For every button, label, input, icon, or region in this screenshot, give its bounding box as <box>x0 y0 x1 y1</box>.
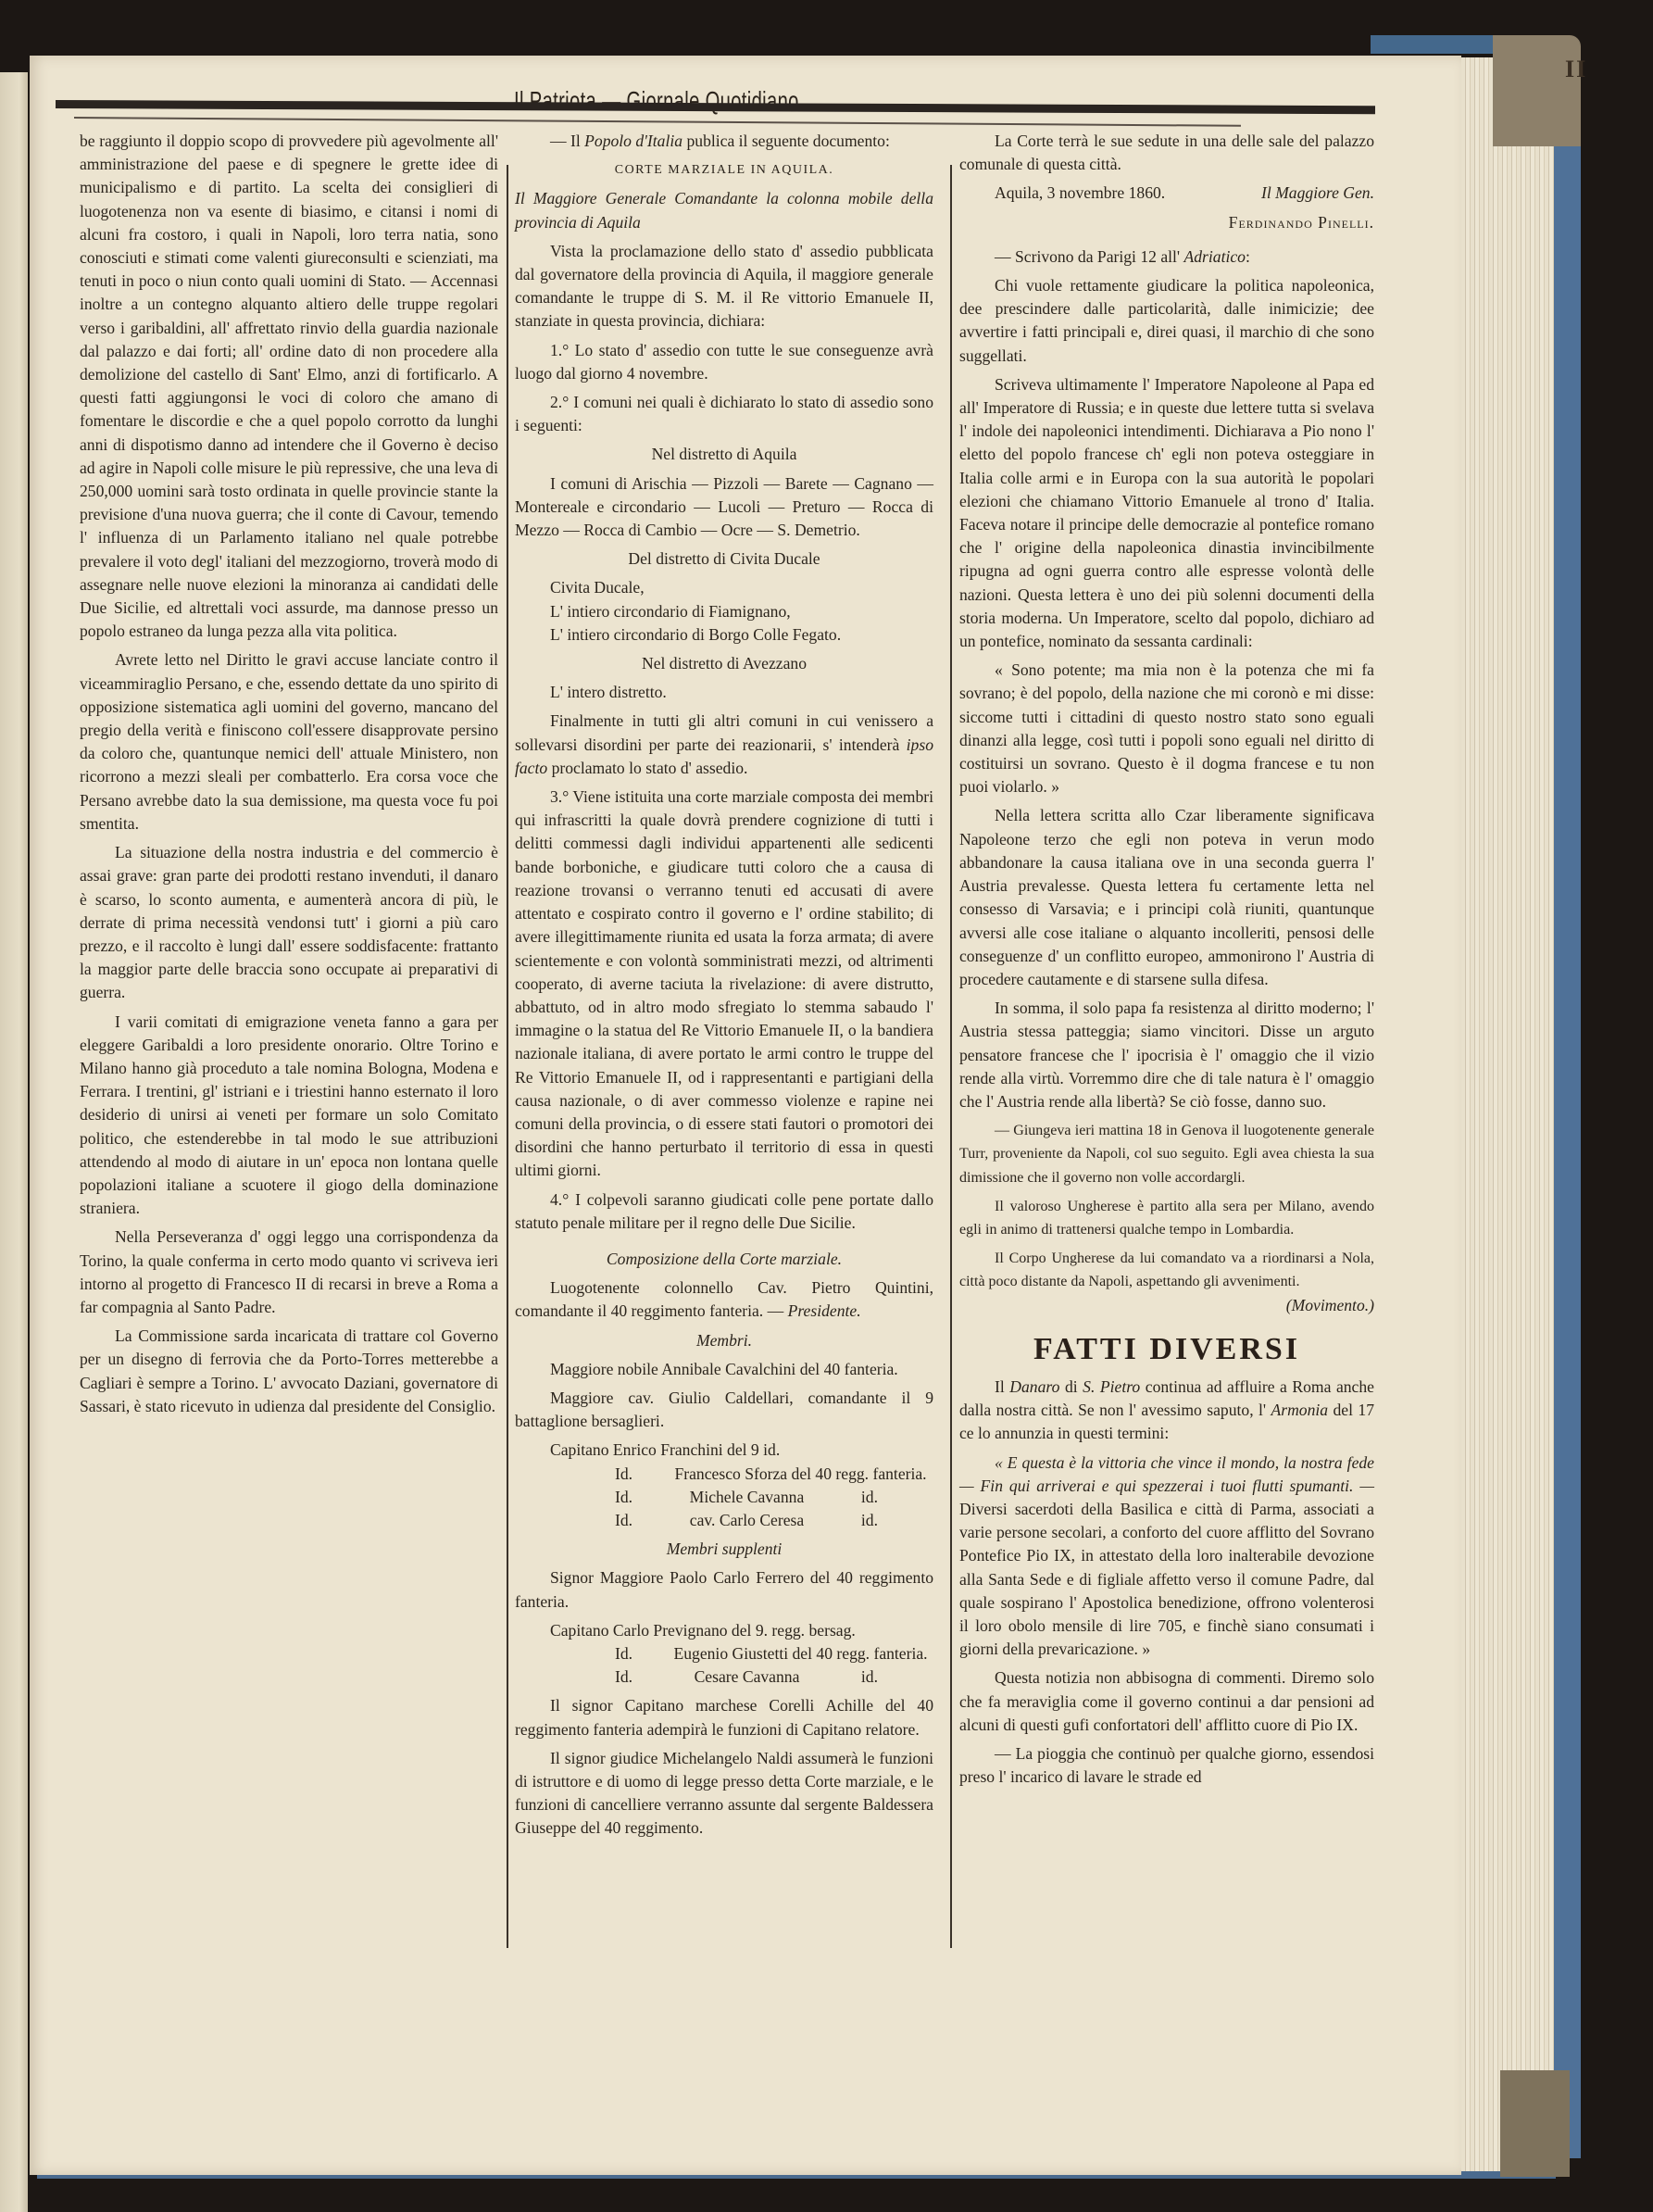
column-2: — Il Popolo d'Italia publica il seguente… <box>515 130 933 1846</box>
article-paragraph: I varii comitati di emigrazione veneta f… <box>80 1011 498 1221</box>
giudice-paragraph: Il signor giudice Michelangelo Naldi ass… <box>515 1747 933 1841</box>
member-line: Capitano Enrico Franchini del 9 id. <box>515 1439 933 1462</box>
id-row: Id.cav. Carlo Ceresaid. <box>515 1509 933 1532</box>
page-stack-edges <box>1461 57 1554 2171</box>
composition-title: Composizione della Corte marziale. <box>515 1248 933 1271</box>
member-line: Maggiore cav. Giulio Caldellari, comanda… <box>515 1387 933 1433</box>
article-3: 3.° Viene istituita una corte marziale c… <box>515 786 933 1182</box>
article-paragraph: La Commissione sarda incaricata di tratt… <box>80 1325 498 1418</box>
document-intro: — Il Popolo d'Italia publica il seguente… <box>515 130 933 153</box>
supplente-line: Capitano Carlo Prevignano del 9. regg. b… <box>515 1619 933 1642</box>
article-paragraph: La situazione della nostra industria e d… <box>80 841 498 1004</box>
book-cover-right <box>1551 56 1581 2158</box>
supplente-line: Signor Maggiore Paolo Carlo Ferrero del … <box>515 1566 933 1613</box>
supplenti-title: Membri supplenti <box>515 1538 933 1561</box>
commento-paragraph: Questa notizia non abbisogna di commenti… <box>959 1666 1374 1737</box>
document-vista: Vista la proclamazione dello stato d' as… <box>515 240 933 333</box>
member-line: Maggiore nobile Annibale Cavalchini del … <box>515 1358 933 1381</box>
article-paragraph: Nella Perseveranza d' oggi leggo una cor… <box>80 1225 498 1319</box>
column-1: be raggiunto il doppio scopo di provvede… <box>80 130 498 1424</box>
district-title: Nel distretto di Aquila <box>515 443 933 466</box>
id-row: Id.Cesare Cavannaid. <box>515 1665 933 1689</box>
source-attribution: (Movimento.) <box>959 1294 1374 1317</box>
article-paragraph: Nella lettera scritta allo Czar liberame… <box>959 804 1374 991</box>
news-item: Il Corpo Ungherese da lui comandato va a… <box>959 1247 1374 1293</box>
members-title: Membri. <box>515 1329 933 1352</box>
district-text: L' intero distretto. <box>515 681 933 704</box>
quote-paragraph: « Sono potente; ma mia non è la potenza … <box>959 659 1374 798</box>
news-item: — Giungeva ieri mattina 18 in Genova il … <box>959 1119 1374 1189</box>
district-line: Civita Ducale, <box>515 576 933 599</box>
spine-label: II <box>1565 56 1587 83</box>
column-divider <box>507 165 508 1948</box>
danaro-paragraph: Il Danaro di S. Pietro continua ad afflu… <box>959 1376 1374 1446</box>
pioggia-paragraph: — La pioggia che continuò per qualche gi… <box>959 1742 1374 1789</box>
article-2: 2.° I comuni nei quali è dichiarato lo s… <box>515 391 933 437</box>
parigi-intro: — Scrivono da Parigi 12 all' Adriatico: <box>959 245 1374 269</box>
section-title-fatti-diversi: FATTI DIVERSI <box>959 1338 1374 1361</box>
district-title: Nel distretto di Avezzano <box>515 652 933 675</box>
article-paragraph: Chi vuole rettamente giudicare la politi… <box>959 274 1374 368</box>
finalmente-paragraph: Finalmente in tutti gli altri comuni in … <box>515 710 933 780</box>
news-item: Il valoroso Ungherese è partito alla ser… <box>959 1195 1374 1241</box>
leather-corner-bottom <box>1500 2070 1570 2177</box>
district-title: Del distretto di Civita Ducale <box>515 547 933 571</box>
document-heading: Il Maggiore Generale Comandante la colon… <box>515 187 933 233</box>
column-divider <box>950 165 952 1948</box>
id-row: Id.Eugenio Giustetti del 40 regg. fanter… <box>515 1642 933 1665</box>
article-paragraph: Scriveva ultimamente l' Imperatore Napol… <box>959 373 1374 653</box>
id-row: Id.Michele Cavannaid. <box>515 1486 933 1509</box>
document-title: CORTE MARZIALE IN AQUILA. <box>515 158 933 182</box>
dateline: Aquila, 3 novembre 1860.Il Maggiore Gen. <box>959 182 1374 205</box>
leather-corner-top <box>1493 35 1581 146</box>
id-row: Id.Francesco Sforza del 40 regg. fanteri… <box>515 1463 933 1486</box>
article-paragraph-persano: Avrete letto nel Diritto le gravi accuse… <box>80 648 498 836</box>
district-line: L' intiero circondario di Borgo Colle Fe… <box>515 623 933 647</box>
book-cover-top <box>1371 35 1509 54</box>
article-paragraph: In somma, il solo papa fa resistenza al … <box>959 997 1374 1113</box>
article-1: 1.° Lo stato d' assedio con tutte le sue… <box>515 339 933 385</box>
district-text: I comuni di Arischia — Pizzoli — Barete … <box>515 472 933 543</box>
article-paragraph: be raggiunto il doppio scopo di provvede… <box>80 130 498 643</box>
district-line: L' intiero circondario di Fiamignano, <box>515 600 933 623</box>
article-4: 4.° I colpevoli saranno giudicati colle … <box>515 1188 933 1235</box>
signature-name: Ferdinando Pinelli. <box>959 211 1374 234</box>
quote-paragraph: « E questa è la vittoria che vince il mo… <box>959 1452 1374 1662</box>
corte-sedute: La Corte terrà le sue sedute in una dell… <box>959 130 1374 176</box>
left-page-edge <box>0 72 28 2212</box>
column-3: La Corte terrà le sue sedute in una dell… <box>959 130 1374 1794</box>
president-line: Luogotenente colonnello Cav. Pietro Quin… <box>515 1276 933 1323</box>
relatore-paragraph: Il signor Capitano marchese Corelli Achi… <box>515 1694 933 1741</box>
